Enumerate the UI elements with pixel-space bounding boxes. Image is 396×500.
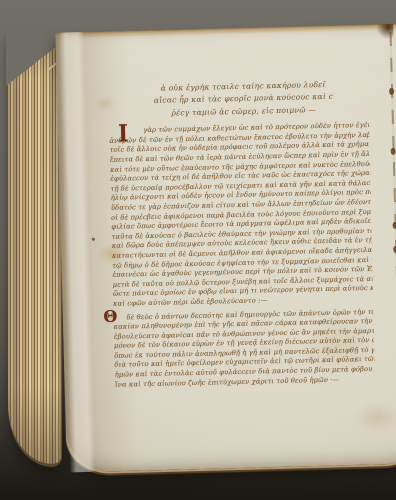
stain (353, 402, 396, 433)
drop-cap-initial: Ι (118, 121, 128, 145)
handwritten-text-block: ἀ οὐκ ἐγρήκ τϲαιλϲ ταίηϲ κακήρου λυδεῖαἴ… (102, 74, 377, 390)
sewing-knot (392, 222, 396, 229)
paragraph-lines: δὲ θεὸϲ ὁ πάντων δεϲπότηϲ καὶ δημιουργὸϲ… (113, 307, 375, 390)
sewing-knot (391, 148, 396, 155)
page-edge-stack (8, 30, 62, 464)
ink-speck (92, 238, 95, 241)
rubric-heading: ἀ οὐκ ἐγρήκ τϲαιλϲ ταίηϲ κακήρου λυδεῖαἴ… (144, 79, 343, 121)
sewing-knot (389, 88, 394, 95)
paragraph: Θ δὲ θεὸϲ ὁ πάντων δεϲπότηϲ καὶ δημιουργ… (107, 307, 375, 390)
corner-stain (376, 24, 393, 39)
manuscript-photo: ἀ οὐκ ἐγρήκ τϲαιλϲ ταίηϲ κακήρου λυδεῖαἴ… (0, 0, 396, 500)
paragraph: Ι γὰρ τῶν ϲυμμάχων ἔλεγεν ὡϲ καὶ τὸ πρότ… (103, 121, 373, 309)
drop-cap-initial: Θ (103, 308, 117, 324)
paragraph-lines: γὰρ τῶν ϲυμμάχων ἔλεγεν ὡϲ καὶ τὸ πρότερ… (109, 121, 373, 309)
